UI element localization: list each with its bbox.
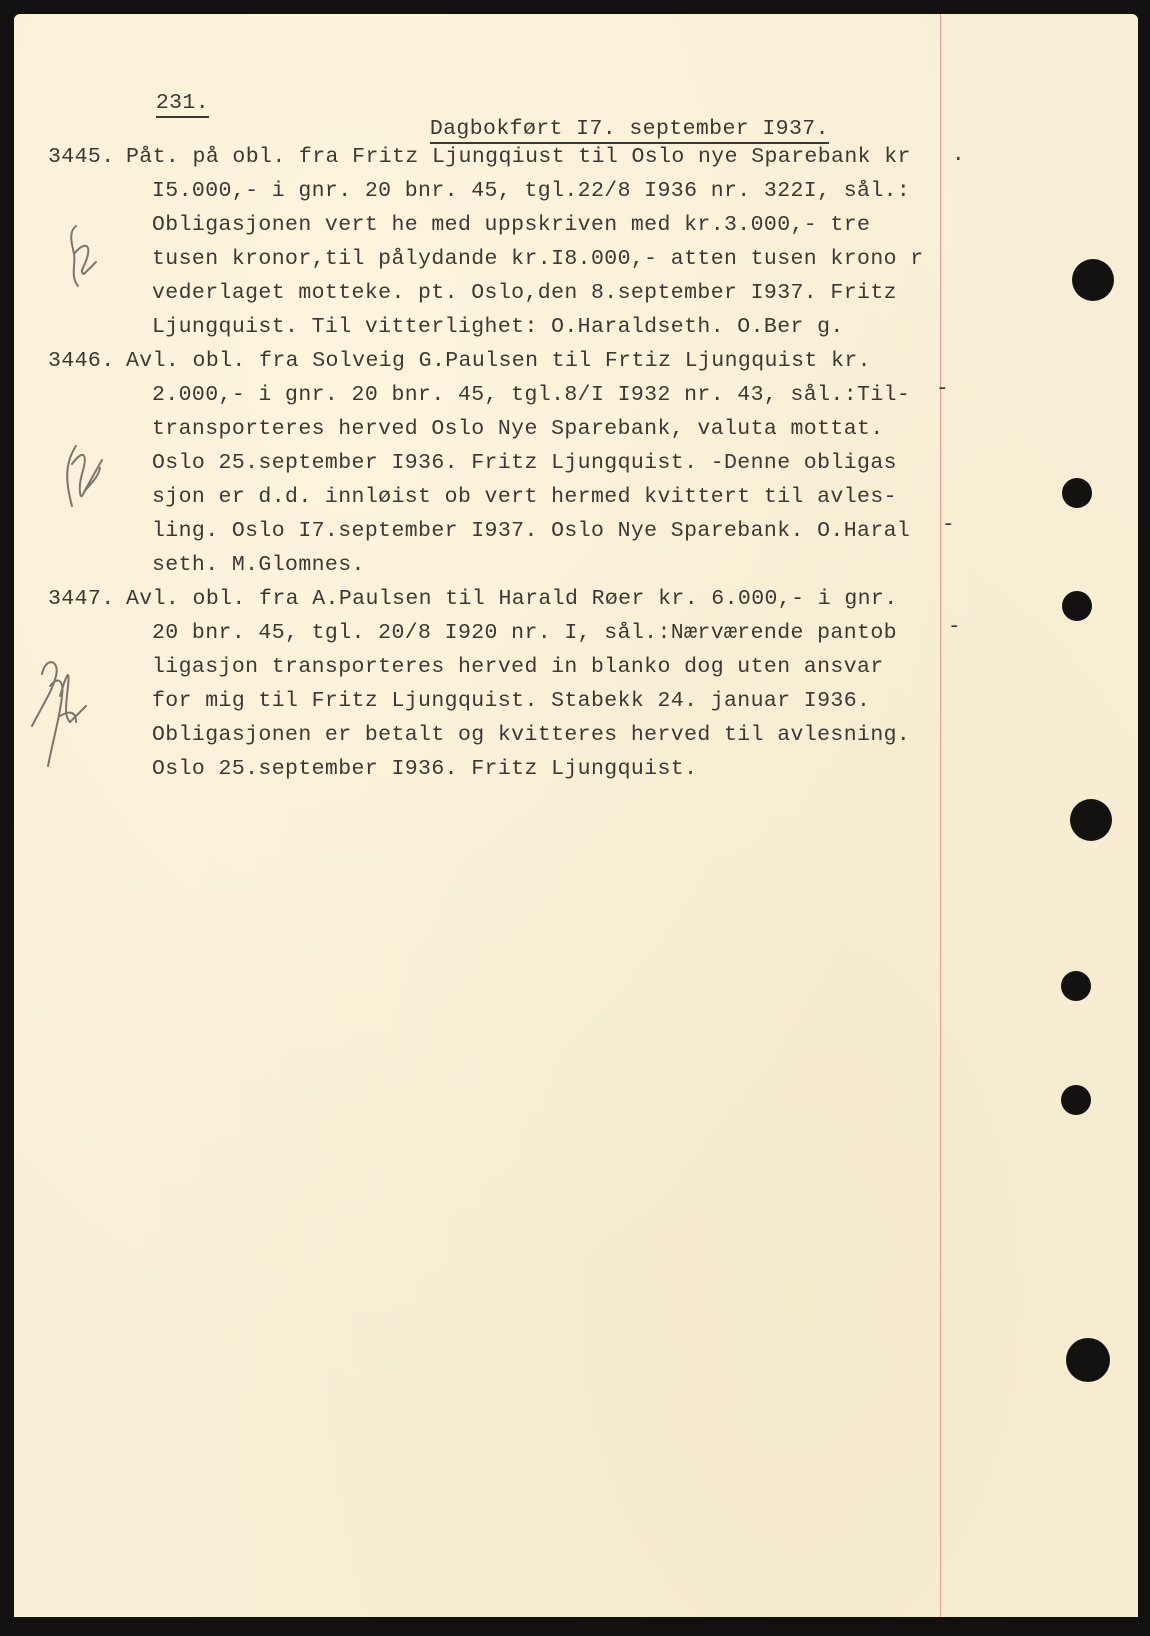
- binder-hole: [1072, 259, 1114, 301]
- red-margin-line: [940, 14, 941, 1617]
- binder-hole: [1062, 591, 1092, 621]
- scanned-page: 231. Dagbokført I7. september I937. 3445…: [0, 0, 1150, 1636]
- ledger-page: 231. Dagbokført I7. september I937. 3445…: [14, 14, 1138, 1617]
- entry-line: Avl. obl. fra Solveig G.Paulsen til Frti…: [126, 344, 871, 378]
- margin-mark: -: [942, 514, 955, 537]
- binder-hole: [1061, 1085, 1091, 1115]
- page-number: 231.: [76, 52, 209, 154]
- entry-line: sjon er d.d. innløist ob vert hermed kvi…: [152, 480, 897, 514]
- entry-number: 3445.: [48, 140, 115, 174]
- entry-line: Obligasjonen vert he med uppskriven med …: [152, 208, 870, 242]
- entry-line: Påt. på obl. fra Fritz Ljungqiust til Os…: [126, 140, 911, 174]
- page-number-text: 231.: [156, 91, 209, 118]
- entry-line: Obligasjonen er betalt og kvitteres herv…: [152, 718, 910, 752]
- entry-line: Avl. obl. fra A.Paulsen til Harald Røer …: [126, 582, 898, 616]
- entry-line: I5.000,- i gnr. 20 bnr. 45, tgl.22/8 I93…: [152, 174, 910, 208]
- binder-hole: [1066, 1338, 1110, 1382]
- handwritten-initials: [20, 646, 110, 776]
- margin-mark: .: [952, 144, 965, 167]
- entry-number: 3446.: [48, 344, 115, 378]
- entry-line: tusen kronor,til pålydande kr.I8.000,- a…: [152, 242, 924, 276]
- binder-hole: [1070, 799, 1112, 841]
- entry-line: ling. Oslo I7.september I937. Oslo Nye S…: [152, 514, 910, 548]
- margin-mark: -: [936, 378, 949, 401]
- entry-line: Ljungquist. Til vitterlighet: O.Haraldse…: [152, 310, 844, 344]
- entry-line: ligasjon transporteres herved in blanko …: [152, 650, 884, 684]
- entry-number: 3447.: [48, 582, 115, 616]
- handwritten-initials: [56, 214, 116, 294]
- margin-mark: -: [948, 616, 961, 639]
- handwritten-initials: [54, 434, 124, 524]
- entry-line: for mig til Fritz Ljungquist. Stabekk 24…: [152, 684, 870, 718]
- entry-line: seth. M.Glomnes.: [152, 548, 365, 582]
- entry-line: Oslo 25.september I936. Fritz Ljungquist…: [152, 752, 697, 786]
- entry-line: 20 bnr. 45, tgl. 20/8 I920 nr. I, sål.:N…: [152, 616, 897, 650]
- entry-line: 2.000,- i gnr. 20 bnr. 45, tgl.8/I I932 …: [152, 378, 910, 412]
- binder-hole: [1062, 478, 1092, 508]
- entry-line: transporteres herved Oslo Nye Sparebank,…: [152, 412, 884, 446]
- entry-line: Oslo 25.september I936. Fritz Ljungquist…: [152, 446, 897, 480]
- entry-line: vederlaget motteke. pt. Oslo,den 8.septe…: [152, 276, 897, 310]
- binder-hole: [1061, 971, 1091, 1001]
